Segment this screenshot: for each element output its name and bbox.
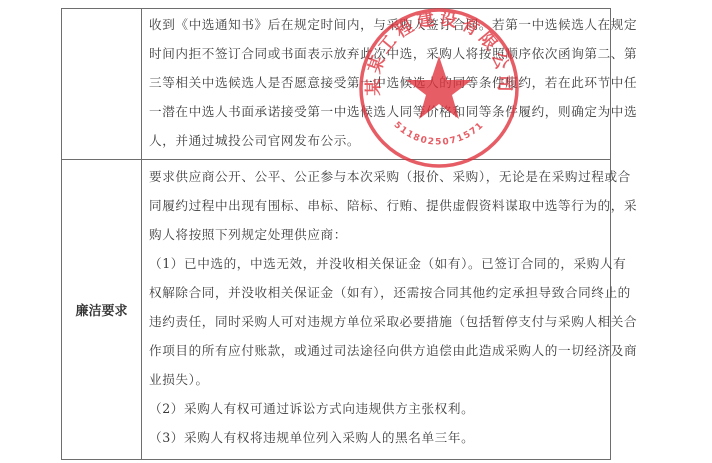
text-line: 收到《中选通知书》后在规定时间内，与采购人签订合同。若第一中选候选人在规定 bbox=[149, 10, 598, 39]
text-line: 一潜在中选人书面承诺接受第一中选候选人同等价格和同等条件履约，则确定为中选 bbox=[149, 97, 598, 126]
text-line: （2）采购人有权可通过诉讼方式向违规供方主张权利。 bbox=[149, 394, 598, 423]
table-row-award-procedure: 收到《中选通知书》后在规定时间内，与采购人签订合同。若第一中选候选人在规定 时间… bbox=[62, 9, 610, 160]
row-label bbox=[62, 9, 142, 159]
row-label-integrity: 廉洁要求 bbox=[62, 159, 142, 459]
text-line: 人，并通过城投公司官网发布公示。 bbox=[149, 126, 598, 155]
text-line: 权解除合同，并没收相关保证金（如有），还需按合同其他约定承担导致合同终止的 bbox=[149, 278, 598, 307]
table-row-integrity-requirements: 廉洁要求 要求供应商公开、公平、公正参与本次采购（报价、采购），无论是在采购过程… bbox=[62, 159, 610, 459]
text-line: （1）已中选的，中选无效，并没收相关保证金（如有）。已签订合同的，采购人有 bbox=[149, 249, 598, 278]
text-line: 业损失）。 bbox=[149, 365, 598, 394]
text-line: 要求供应商公开、公平、公正参与本次采购（报价、采购），无论是在采购过程或合 bbox=[149, 162, 598, 191]
document-table: 收到《中选通知书》后在规定时间内，与采购人签订合同。若第一中选候选人在规定 时间… bbox=[61, 8, 611, 460]
text-line: （3）采购人有权将违规单位列入采购人的黑名单三年。 bbox=[149, 423, 598, 452]
text-line: 购人将按照下列规定处理供应商： bbox=[149, 220, 598, 249]
text-line: 违约责任，同时采购人可对违规方单位采取必要措施（包括暂停支付与采购人相关合 bbox=[149, 307, 598, 336]
row-content: 收到《中选通知书》后在规定时间内，与采购人签订合同。若第一中选候选人在规定 时间… bbox=[142, 9, 610, 159]
row-content: 要求供应商公开、公平、公正参与本次采购（报价、采购），无论是在采购过程或合 同履… bbox=[142, 159, 610, 459]
text-line: 时间内拒不签订合同或书面表示放弃此次中选，采购人将按照顺序依次函询第二、第 bbox=[149, 39, 598, 68]
text-line: 作项目的所有应付账款，或通过司法途径向供方追偿由此造成采购人的一切经济及商 bbox=[149, 336, 598, 365]
text-line: 三等相关中选候选人是否愿意接受第一中选候选人的同等条件履约，若在此环节中任 bbox=[149, 68, 598, 97]
text-line: 同履约过程中出现有围标、串标、陪标、行贿、提供虚假资料谋取中选等行为的，采 bbox=[149, 191, 598, 220]
